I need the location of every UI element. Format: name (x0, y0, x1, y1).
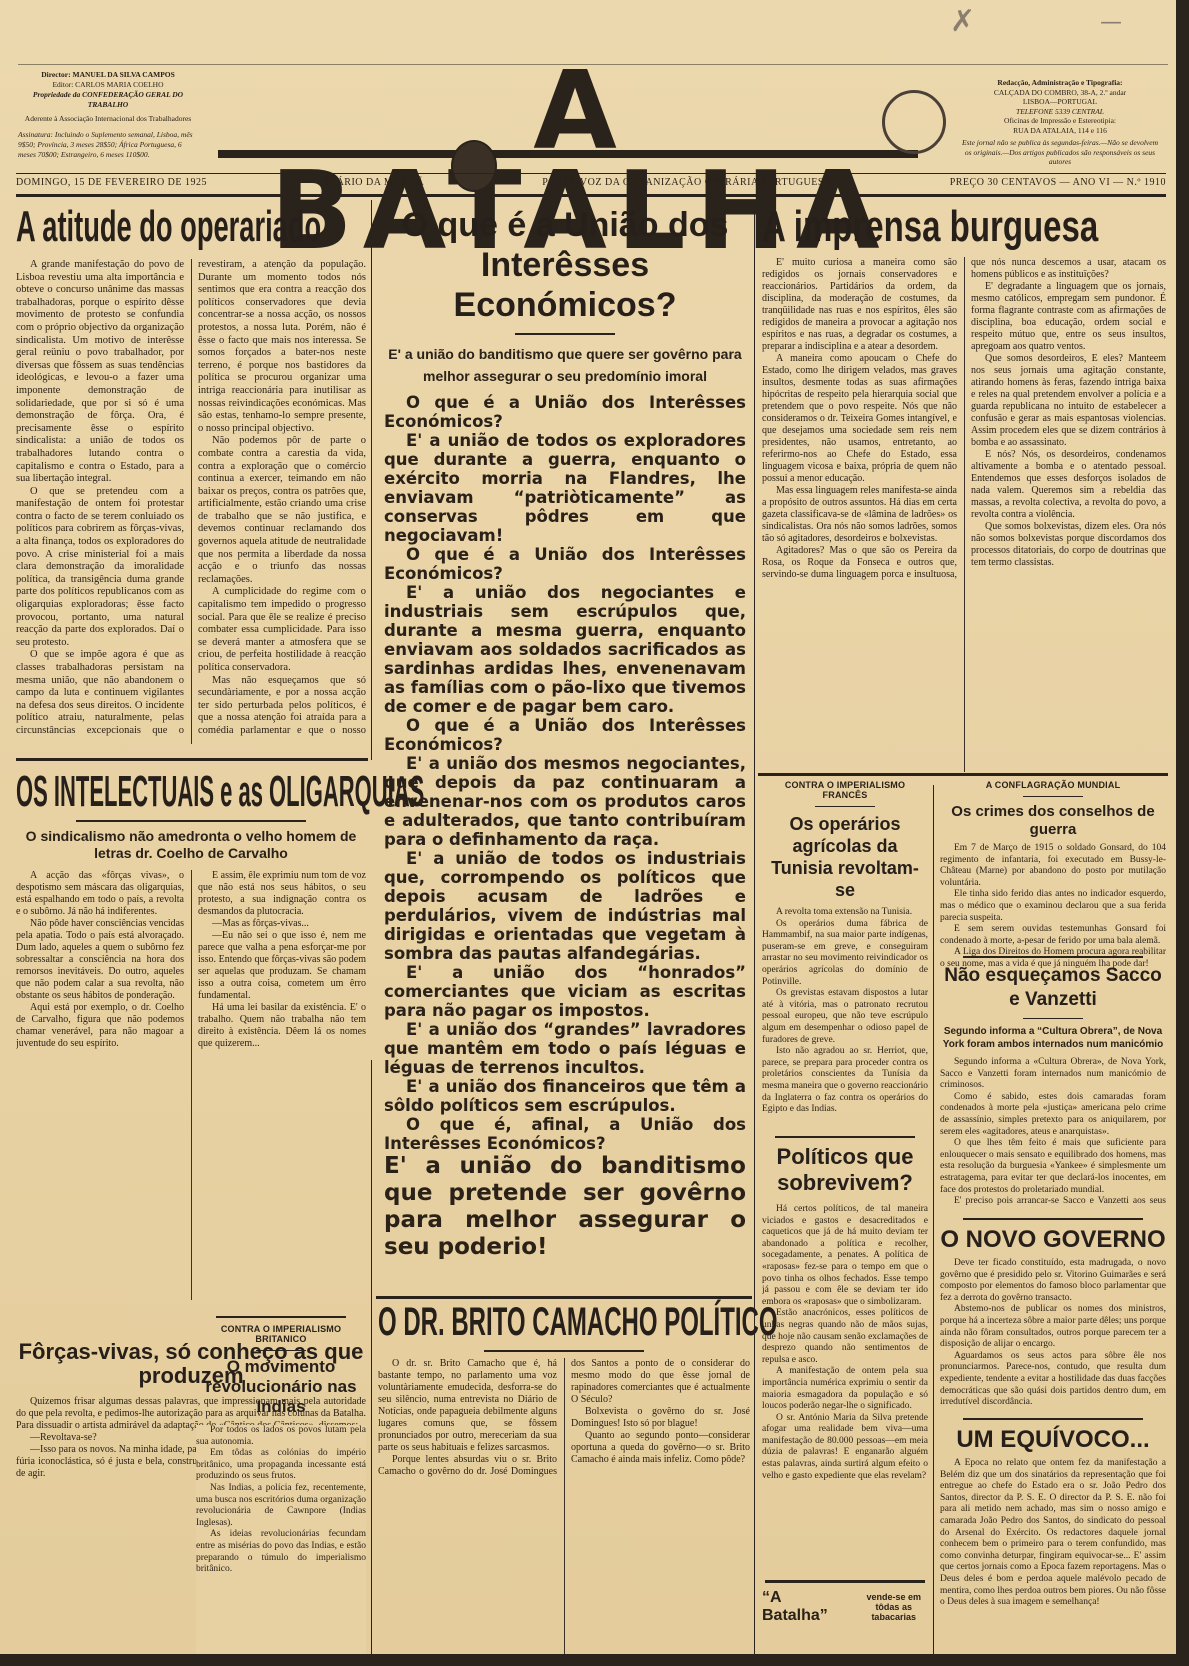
headline: Os operários agrícolas da Tunisia revolt… (762, 813, 928, 901)
paragraph: Em tôdas as colónias do império britânic… (196, 1448, 366, 1483)
paragraph: Mas essa linguagem reles manifesta-se ai… (762, 485, 957, 545)
paragraph: Que somos desordeiros, E eles? Manteem n… (971, 353, 1166, 449)
divider (16, 173, 1166, 174)
divider (758, 773, 1168, 776)
paragraph: Há certos políticos, de tal maneira vici… (762, 1204, 928, 1308)
print-shop-address: RUA DA ATALAIA, 114 e 116 (960, 126, 1160, 136)
column-rule (371, 1060, 372, 1660)
headline: OS INTELECTUAIS e as OLIGARQUIAS (16, 770, 366, 814)
paragraph: O que lhes têm feito é mais que suficien… (940, 1138, 1166, 1196)
paragraph: A Epoca no relato que ontem fez da manif… (940, 1458, 1166, 1609)
divider (765, 1580, 925, 1583)
paragraph: Não pôde haver consciências vencidas pel… (16, 918, 184, 1002)
article-novo-governo: O NOVO GOVERNO Deve ter ficado constituí… (940, 1212, 1166, 1438)
paragraph: E' preciso pois arrancar-se Sacco e Vanz… (940, 1196, 1166, 1207)
paragraph: Quanto ao segundo ponto—considerar oport… (571, 1430, 750, 1466)
paragraph: Ele tinha sido ferido dias antes no indi… (940, 889, 1166, 924)
article-body: O que é a União dos Interêsses Económico… (384, 393, 746, 1261)
paragraph: Isto não agradou ao sr. Herriot, que, pa… (762, 1046, 928, 1116)
answer: E' a união de todos os industriais que, … (384, 849, 746, 963)
page-edge (1176, 0, 1189, 1666)
divider (16, 194, 1166, 197)
ornament (76, 820, 306, 822)
paragraph: Os grevistas estavam dispostos a lutar a… (762, 988, 928, 1046)
paragraph: Que somos bolxevistas, dizem eles. Ora n… (971, 521, 1166, 569)
paragraph: E nós? Nós, os desordeiros, condenamos a… (971, 449, 1166, 521)
kicker: CONTRA O IMPERIALISMO FRANCÊS (762, 780, 928, 800)
ad-name: “A Batalha” (762, 1589, 849, 1625)
article-atitude: A atitude do operariado A grande manifes… (16, 205, 366, 744)
director: Director: MANUEL DA SILVA CAMPOS (41, 70, 175, 79)
kicker: CONTRA O IMPERIALISMO BRITANICO (196, 1324, 366, 1344)
paragraph: —Eu não sei o que isso é, nem me parece … (198, 930, 366, 1002)
paragraph: O dr. sr. Brito Camacho que é, há bastan… (378, 1358, 557, 1454)
paragraph: Aqui está por exemplo, o dr. Coelho de C… (16, 1002, 184, 1050)
paragraph: O sr. António Maria da Silva pretende af… (762, 1413, 928, 1483)
question: O que é a União dos Interêsses Económico… (384, 716, 746, 754)
article-body: Deve ter ficado constituído, esta madrug… (940, 1258, 1166, 1438)
answer: E' a união do banditismo que pretende se… (384, 1153, 746, 1261)
paragraph: Bolxevista o govêrno do sr. José Domingu… (571, 1406, 750, 1430)
adherent: Aderente à Associação Internacional dos … (18, 114, 198, 124)
paragraph: Aguardamos os seus actos para sôbre êle … (940, 1351, 1166, 1409)
column-rule (933, 785, 934, 1655)
article-body: A grande manifestação do povo de Lisboa … (16, 259, 366, 744)
paragraph: E assim, êle exprimiu num tom de voz que… (198, 870, 366, 918)
paragraph: Nas Indias, a polícia fez, recentemente,… (196, 1483, 366, 1529)
question: O que é, afinal, a União dos Interêsses … (384, 1115, 746, 1153)
issue-price: PREÇO 30 CENTAVOS — ANO VI — N.º 1910 (950, 177, 1166, 191)
article-body: A acção das «fôrças vivas», o despotismo… (16, 870, 366, 1300)
article-uniao-interesses: O que é a União dos Interêsses Económico… (384, 205, 746, 1261)
dateline: DOMINGO, 15 DE FEVEREIRO DE 1925 DIÁRIO … (16, 177, 1166, 191)
subheadline: E' a união do banditismo que quere ser g… (384, 343, 746, 387)
ornament (256, 1350, 306, 1351)
wavy-ornament (515, 333, 615, 335)
subscription: Assinatura: Incluindo o Suplemento seman… (18, 130, 198, 160)
paragraph: E sem serem ouvidas testemunhas Gonsard … (940, 924, 1166, 947)
divider (376, 1296, 752, 1299)
answer: E' a união de todos os exploradores que … (384, 431, 746, 545)
answer: E' a união dos “grandes” lavradores que … (384, 1020, 746, 1077)
paragraph: A cumplicidade do regime com o capitalis… (198, 586, 366, 674)
article-equivoco: UM EQUÍVOCO... A Epoca no relato que ont… (940, 1412, 1166, 1648)
ornament (484, 1350, 644, 1352)
paragraph: Segundo informa a «Cultura Obrera», de N… (940, 1057, 1166, 1092)
ornament (775, 1136, 915, 1138)
article-politicos: Políticos que sobrevivem? Há certos polí… (762, 1130, 928, 1625)
question: O que é a União dos Interêsses Económico… (384, 545, 746, 583)
answer: E' a união dos mesmos negociantes, que d… (384, 754, 746, 849)
answer: E' a união dos negociantes e industriais… (384, 583, 746, 716)
paragraph: Por todos os lados os povos lutam pela s… (196, 1425, 366, 1448)
article-body: Há certos políticos, de tal maneira vici… (762, 1204, 928, 1574)
property: Propriedade da CONFEDERAÇÃO GERAL DO TRA… (18, 90, 198, 110)
article-body: A Epoca no relato que ontem fez da manif… (940, 1458, 1166, 1648)
paragraph: A grande manifestação do povo de Lisboa … (16, 259, 184, 486)
headline: A imprensa burguesa (762, 205, 1166, 251)
answer: E' a união dos “honrados” comerciantes q… (384, 963, 746, 1020)
paragraph: Os operários duma fábrica de Hammambif, … (762, 919, 928, 989)
article-imprensa-burguesa: A imprensa burguesa E' muito curiosa a m… (762, 205, 1166, 772)
motto: PORTA-VOZ DA ORGANIZAÇÃO OPERÁRIA PORTUG… (542, 177, 831, 191)
headline: A atitude do operariado (16, 205, 366, 251)
headline: Os crimes dos conselhos de guerra (940, 803, 1166, 839)
library-stamp-icon (882, 90, 946, 154)
ornament (963, 1218, 1143, 1220)
paragraph: Como é sabido, estes dois camaradas fora… (940, 1092, 1166, 1138)
paragraph: E' degradante a linguagem que os jornais… (971, 281, 1166, 353)
issue-date: DOMINGO, 15 DE FEVEREIRO DE 1925 (16, 177, 207, 191)
subheadline: Segundo informa a “Cultura Obrera”, de N… (940, 1025, 1166, 1051)
page-edge (0, 1654, 1176, 1666)
divider (16, 758, 368, 761)
article-body: Por todos os lados os povos lutam pela s… (196, 1425, 366, 1665)
ornament (1023, 796, 1083, 797)
paragraph: —Mas as fôrças-vivas... (198, 918, 366, 930)
headline: O movimento revolucionário nas Indias (196, 1357, 366, 1417)
headline: O DR. BRITO CAMACHO POLÍTICO (378, 1302, 750, 1344)
masthead-right-info: Redacção, Administração e Tipografia: CA… (960, 78, 1160, 167)
pencil-mark: ✗ (950, 4, 975, 39)
masthead-left-info: Director: MANUEL DA SILVA CAMPOS Editor:… (18, 70, 198, 160)
column-rule (754, 200, 755, 1660)
article-intelectuais: OS INTELECTUAIS e as OLIGARQUIAS O sindi… (16, 770, 366, 1300)
paragraph: Há uma lei basilar da existência. E' o t… (198, 1002, 366, 1050)
print-shop-heading: Oficinas de Impressão e Estereotipia: (960, 116, 1160, 126)
paragraph: A revolta toma extensão na Tunisia. (762, 907, 928, 919)
newspaper-page: ✗ — Director: MANUEL DA SILVA CAMPOS Edi… (0, 0, 1176, 1666)
kicker: A CONFLAGRAÇÃO MUNDIAL (940, 780, 1166, 790)
question: O que é a União dos Interêsses Económico… (384, 393, 746, 431)
title-underline (218, 150, 918, 158)
paragraph: Deve ter ficado constituído, esta madrug… (940, 1258, 1166, 1304)
ornament (963, 1418, 1143, 1420)
column-rule (371, 200, 372, 760)
paragraph: Em 7 de Março de 1915 o soldado Gonsard,… (940, 843, 1166, 889)
paragraph: Não podemos pôr de parte o combate contr… (198, 435, 366, 586)
headline: Não esqueçamos Sacco e Vanzetti (940, 964, 1166, 1012)
article-brito-camacho: O DR. BRITO CAMACHO POLÍTICO O dr. sr. B… (378, 1302, 750, 1658)
paragraph: As ideias revolucionárias fecundam entre… (196, 1529, 366, 1575)
address: CALÇADA DO COMBRO, 38-A, 2.º andar (960, 88, 1160, 98)
article-tunisia: CONTRA O IMPERIALISMO FRANCÊS Os operári… (762, 780, 928, 1172)
city: LISBOA—PORTUGAL (960, 97, 1160, 107)
answer: E' a união dos financeiros que têm a sôl… (384, 1077, 746, 1115)
address-heading: Redacção, Administração e Tipografia: (960, 78, 1160, 88)
telephone: TELEFONE 5339 CENTRAL (960, 107, 1160, 117)
paragraph: O que se pretendeu com a manifestação de… (16, 486, 184, 650)
editor: Editor: CARLOS MARIA COELHO (18, 80, 198, 90)
paragraph: E' muito curiosa a maneira como são redi… (762, 257, 957, 353)
paragraph: Estão anacrónicos, esses políticos de un… (762, 1308, 928, 1366)
paragraph: A acção das «fôrças vivas», o despotismo… (16, 870, 184, 918)
headline: O NOVO GOVERNO (940, 1226, 1166, 1254)
article-body: E' muito curiosa a maneira como são redi… (762, 257, 1166, 772)
pencil-mark: — (1100, 10, 1122, 35)
ad-box: “A Batalha” vende-se em tôdas as tabacar… (762, 1589, 928, 1625)
ornament (1023, 1018, 1083, 1019)
article-body: Segundo informa a «Cultura Obrera», de N… (940, 1057, 1166, 1207)
headline: Políticos que sobrevivem? (762, 1144, 928, 1196)
subheadline: O sindicalismo não amedronta o velho hom… (16, 828, 366, 862)
headline: O que é a União dos Interêsses Económico… (384, 205, 746, 325)
article-body: O dr. sr. Brito Camacho que é, há bastan… (378, 1358, 750, 1658)
paragraph: Abstemo-nos de publicar os nomes dos min… (940, 1304, 1166, 1350)
headline: UM EQUÍVOCO... (940, 1426, 1166, 1454)
publication-note: Este jornal não se publica às segundas-f… (960, 138, 1160, 167)
ad-text: vende-se em tôdas as tabacarias (859, 1592, 928, 1622)
edition-type: DIÁRIO DA MANHÃ (325, 177, 424, 191)
paragraph: A maneira como apoucam o Chefe do Estado… (762, 353, 957, 485)
paragraph: A manifestação de ontem pela sua importâ… (762, 1366, 928, 1412)
article-indias: CONTRA O IMPERIALISMO BRITANICO O movime… (196, 1310, 366, 1665)
ornament (216, 1316, 346, 1318)
ornament (963, 956, 1143, 958)
article-sacco-vanzetti: Não esqueçamos Sacco e Vanzetti Segundo … (940, 950, 1166, 1207)
ornament (815, 806, 875, 807)
